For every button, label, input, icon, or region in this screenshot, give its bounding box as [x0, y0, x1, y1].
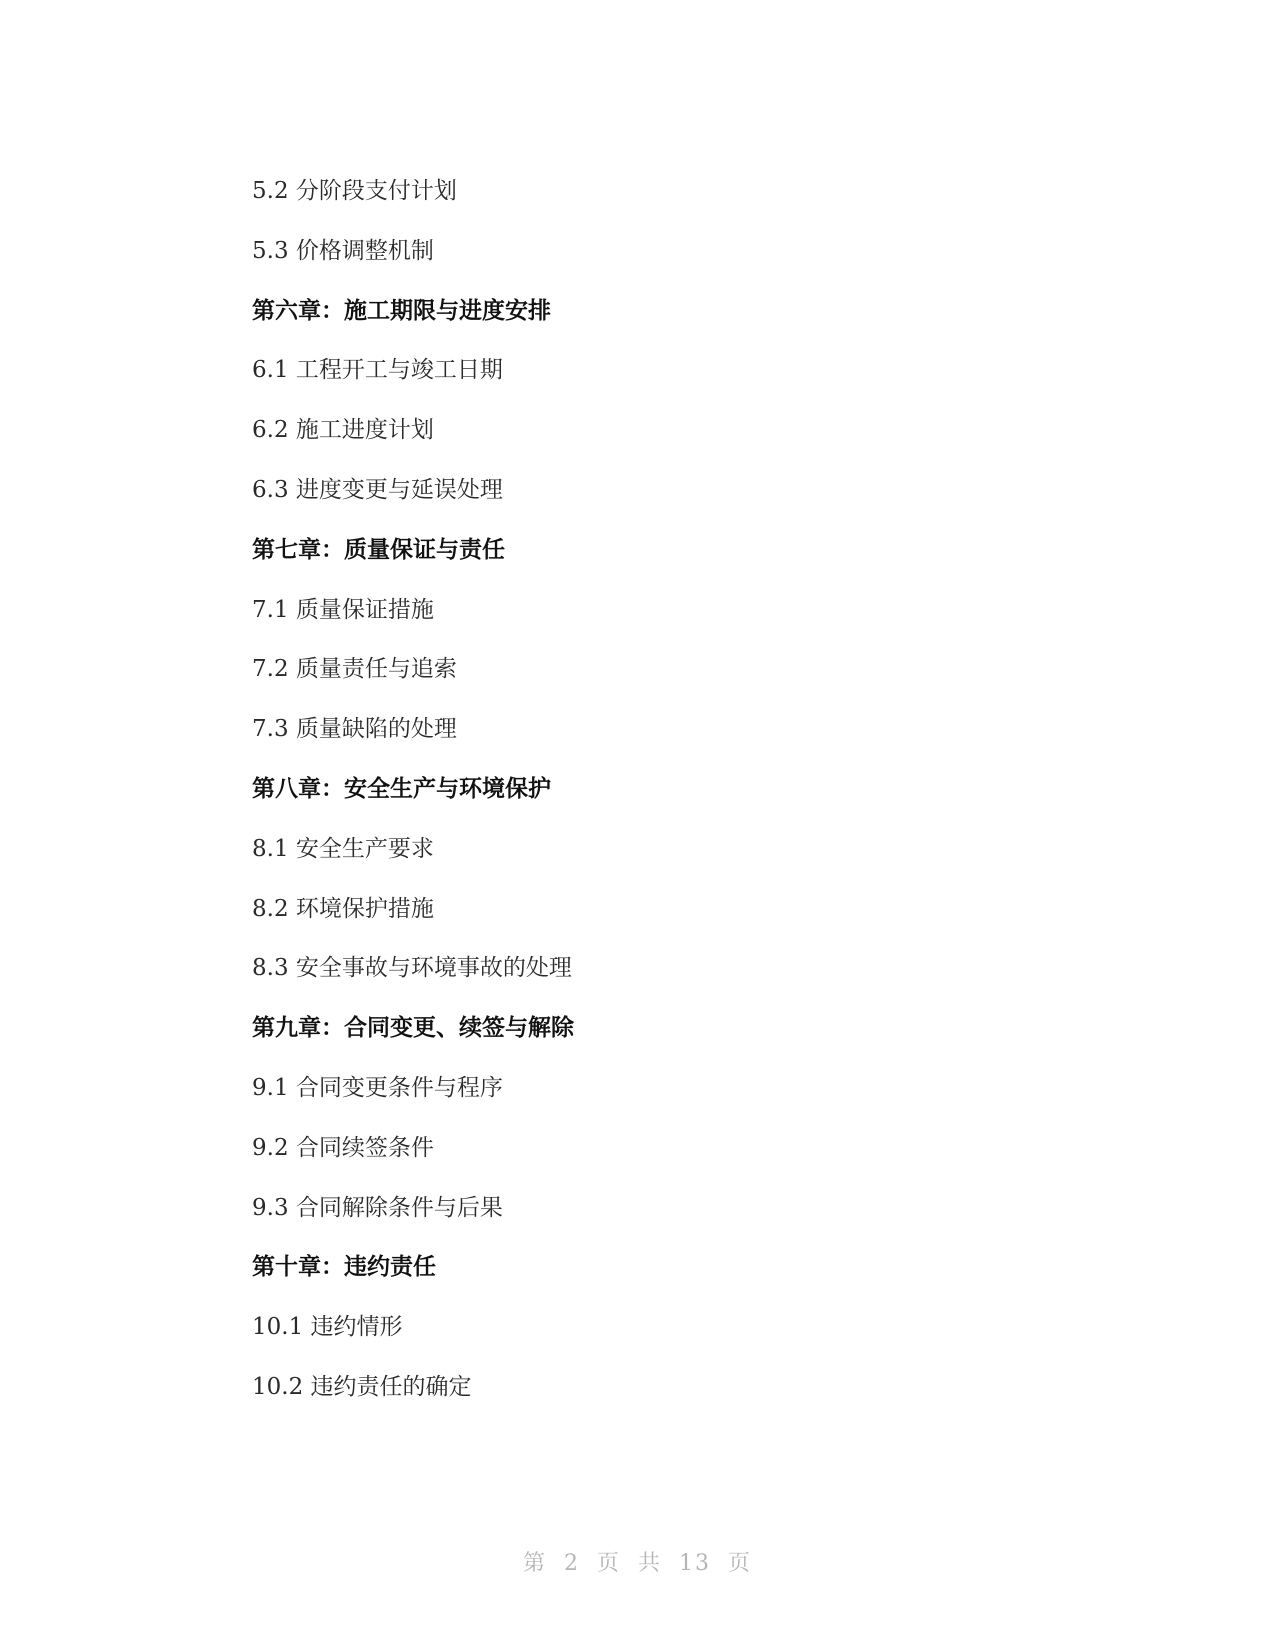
toc-section-9-3: 9.3 合同解除条件与后果: [252, 1191, 574, 1251]
table-of-contents: 5.2 分阶段支付计划 5.3 价格调整机制 第六章：施工期限与进度安排 6.1…: [252, 174, 574, 1430]
toc-chapter-7: 第七章：质量保证与责任: [252, 533, 574, 593]
toc-chapter-9: 第九章：合同变更、续签与解除: [252, 1011, 574, 1071]
toc-section-5-2: 5.2 分阶段支付计划: [252, 174, 574, 234]
toc-section-7-1: 7.1 质量保证措施: [252, 593, 574, 653]
toc-section-10-2: 10.2 违约责任的确定: [252, 1370, 574, 1430]
toc-section-6-1: 6.1 工程开工与竣工日期: [252, 353, 574, 413]
toc-section-9-2: 9.2 合同续签条件: [252, 1131, 574, 1191]
toc-section-6-3: 6.3 进度变更与延误处理: [252, 473, 574, 533]
toc-section-8-1: 8.1 安全生产要求: [252, 832, 574, 892]
toc-chapter-10: 第十章：违约责任: [252, 1250, 574, 1310]
toc-chapter-8: 第八章：安全生产与环境保护: [252, 772, 574, 832]
toc-section-8-3: 8.3 安全事故与环境事故的处理: [252, 951, 574, 1011]
toc-section-8-2: 8.2 环境保护措施: [252, 892, 574, 952]
toc-section-10-1: 10.1 违约情形: [252, 1310, 574, 1370]
toc-section-5-3: 5.3 价格调整机制: [252, 234, 574, 294]
toc-section-9-1: 9.1 合同变更条件与程序: [252, 1071, 574, 1131]
toc-section-7-2: 7.2 质量责任与追索: [252, 652, 574, 712]
toc-section-6-2: 6.2 施工进度计划: [252, 413, 574, 473]
page-footer: 第 2 页 共 13 页: [0, 1546, 1275, 1577]
toc-section-7-3: 7.3 质量缺陷的处理: [252, 712, 574, 772]
toc-chapter-6: 第六章：施工期限与进度安排: [252, 294, 574, 354]
